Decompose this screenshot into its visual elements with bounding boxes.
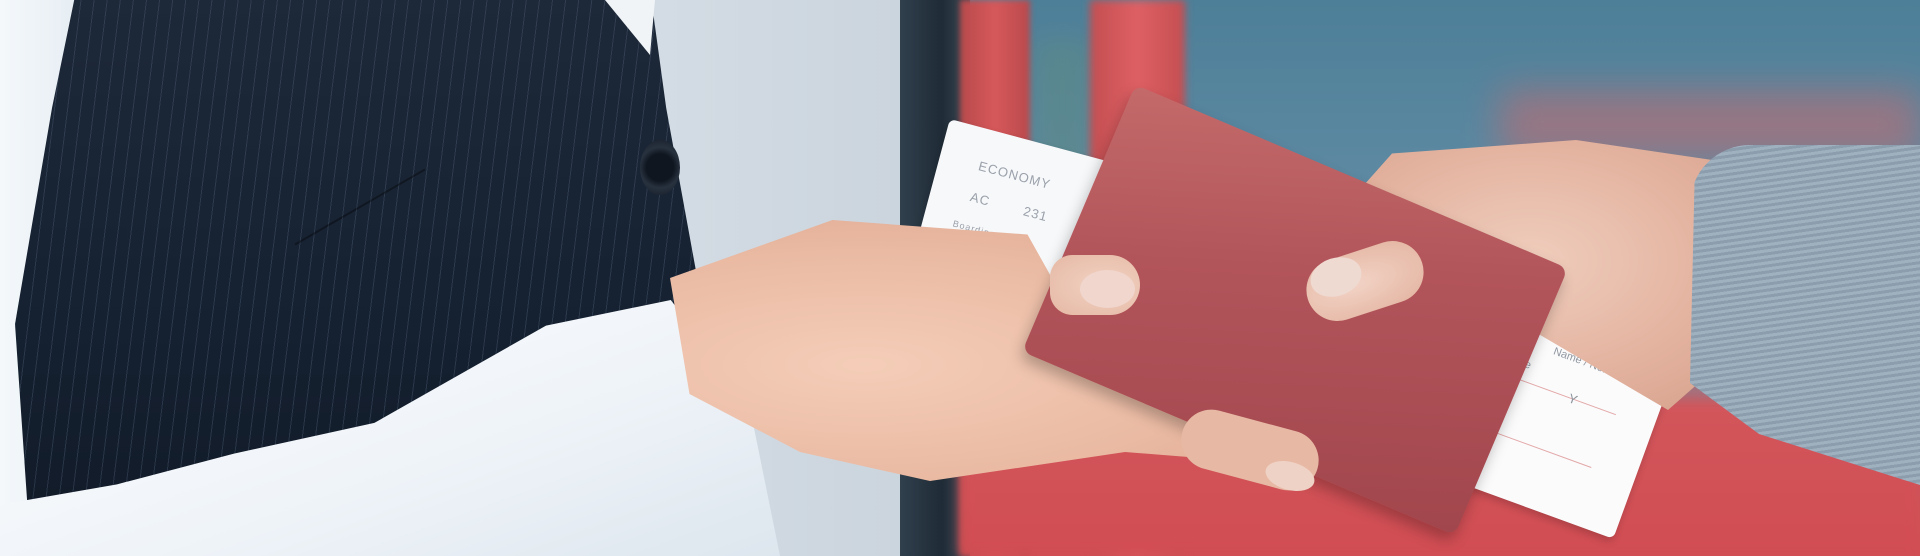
ticket-flight: 231 [1022, 203, 1050, 224]
vest-button [640, 140, 680, 195]
ticket-airline: AC [969, 189, 992, 209]
ticket-class: ECONOMY [977, 158, 1053, 192]
ticket-class-code: Y [1566, 391, 1579, 408]
left-thumbnail [1080, 270, 1135, 308]
banner-photo: ECONOMY AC 231 Boarding time Name / Nom … [0, 0, 1920, 556]
